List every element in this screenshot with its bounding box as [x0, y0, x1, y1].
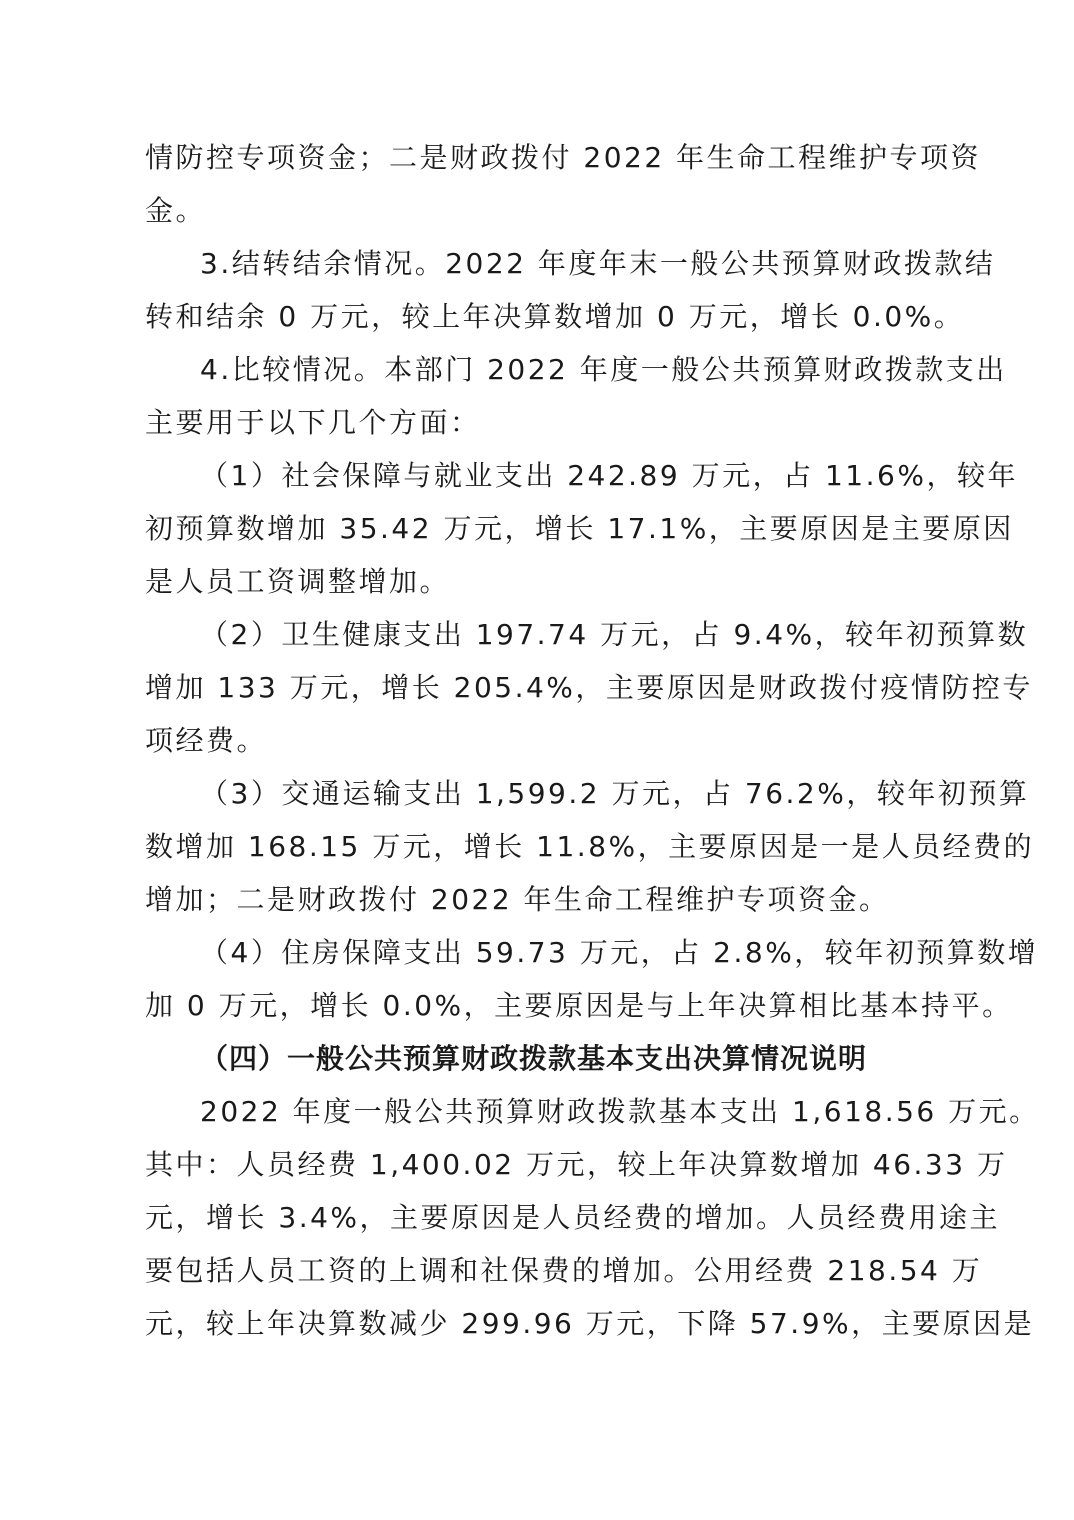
paragraph-line: 元，增长 3.4%，主要原因是人员经费的增加。人员经费用途主 — [145, 1200, 945, 1236]
paragraph-line: 加 0 万元，增长 0.0%，主要原因是与上年决算相比基本持平。 — [145, 988, 945, 1024]
paragraph-line: 增加 133 万元，增长 205.4%，主要原因是财政拨付疫情防控专 — [145, 670, 945, 706]
paragraph-line: （4）住房保障支出 59.73 万元，占 2.8%，较年初预算数增 — [200, 935, 945, 971]
paragraph-line: 转和结余 0 万元，较上年决算数增加 0 万元，增长 0.0%。 — [145, 299, 945, 335]
paragraph-line: （1）社会保障与就业支出 242.89 万元，占 11.6%，较年 — [200, 458, 945, 494]
paragraph-line: 其中：人员经费 1,400.02 万元，较上年决算数增加 46.33 万 — [145, 1147, 945, 1183]
paragraph-line: 4.比较情况。本部门 2022 年度一般公共预算财政拨款支出 — [200, 352, 945, 388]
paragraph-line: 主要用于以下几个方面： — [145, 405, 945, 441]
paragraph-line: 3.结转结余情况。2022 年度年末一般公共预算财政拨款结 — [200, 246, 945, 282]
document-page: 情防控专项资金；二是财政拨付 2022 年生命工程维护专项资金。3.结转结余情况… — [0, 0, 1074, 1520]
paragraph-line: 元，较上年决算数减少 299.96 万元，下降 57.9%，主要原因是 — [145, 1306, 945, 1342]
paragraph-line: 项经费。 — [145, 723, 945, 759]
paragraph-line: 2022 年度一般公共预算财政拨款基本支出 1,618.56 万元。 — [200, 1094, 945, 1130]
paragraph-line: 初预算数增加 35.42 万元，增长 17.1%，主要原因是主要原因 — [145, 511, 945, 547]
section-heading: （四）一般公共预算财政拨款基本支出决算情况说明 — [200, 1041, 945, 1077]
paragraph-line: 是人员工资调整增加。 — [145, 564, 945, 600]
paragraph-line: （3）交通运输支出 1,599.2 万元，占 76.2%，较年初预算 — [200, 776, 945, 812]
paragraph-line: 金。 — [145, 193, 945, 229]
paragraph-line: 情防控专项资金；二是财政拨付 2022 年生命工程维护专项资 — [145, 140, 945, 176]
paragraph-line: 数增加 168.15 万元，增长 11.8%，主要原因是一是人员经费的 — [145, 829, 945, 865]
paragraph-line: 增加；二是财政拨付 2022 年生命工程维护专项资金。 — [145, 882, 945, 918]
paragraph-line: （2）卫生健康支出 197.74 万元，占 9.4%，较年初预算数 — [200, 617, 945, 653]
paragraph-line: 要包括人员工资的上调和社保费的增加。公用经费 218.54 万 — [145, 1253, 945, 1289]
